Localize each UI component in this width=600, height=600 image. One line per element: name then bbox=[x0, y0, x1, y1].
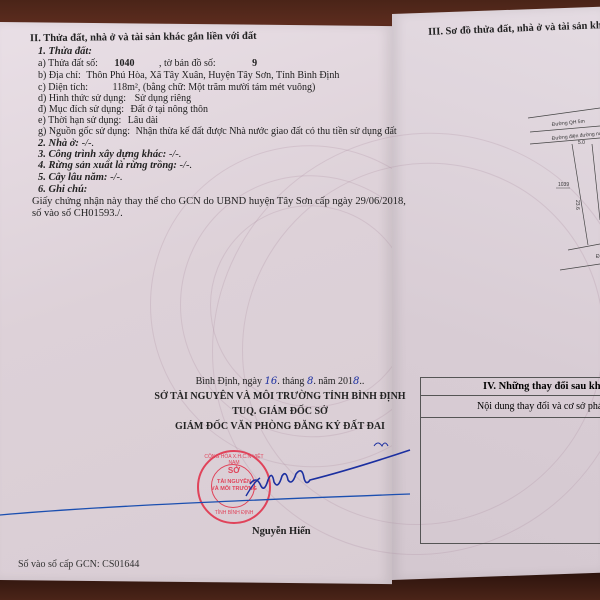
parcel-map: Đường QH 5m Đường điện đường nước 5.0 10… bbox=[500, 100, 600, 280]
signer-name: Nguyễn Hiến bbox=[252, 526, 311, 537]
map-label-bottom: Đ bbox=[596, 254, 600, 260]
gcn-registry-number: Số vào sổ cấp GCN: CS01644 bbox=[18, 559, 139, 570]
changes-column-header: Nội dung thay đổi và cơ sở pháp lý bbox=[421, 396, 600, 418]
map-dim-side: 23.6 bbox=[574, 200, 580, 210]
section-4-title: IV. Những thay đổi sau khi cấp giấy chứn… bbox=[421, 378, 600, 396]
changes-table: IV. Những thay đổi sau khi cấp giấy chứn… bbox=[420, 377, 600, 544]
map-dim-top: 5.0 bbox=[578, 140, 585, 146]
map-neighbor-parcel: 1039 bbox=[558, 182, 569, 188]
map-road-1: Đường QH 5m bbox=[552, 119, 585, 128]
